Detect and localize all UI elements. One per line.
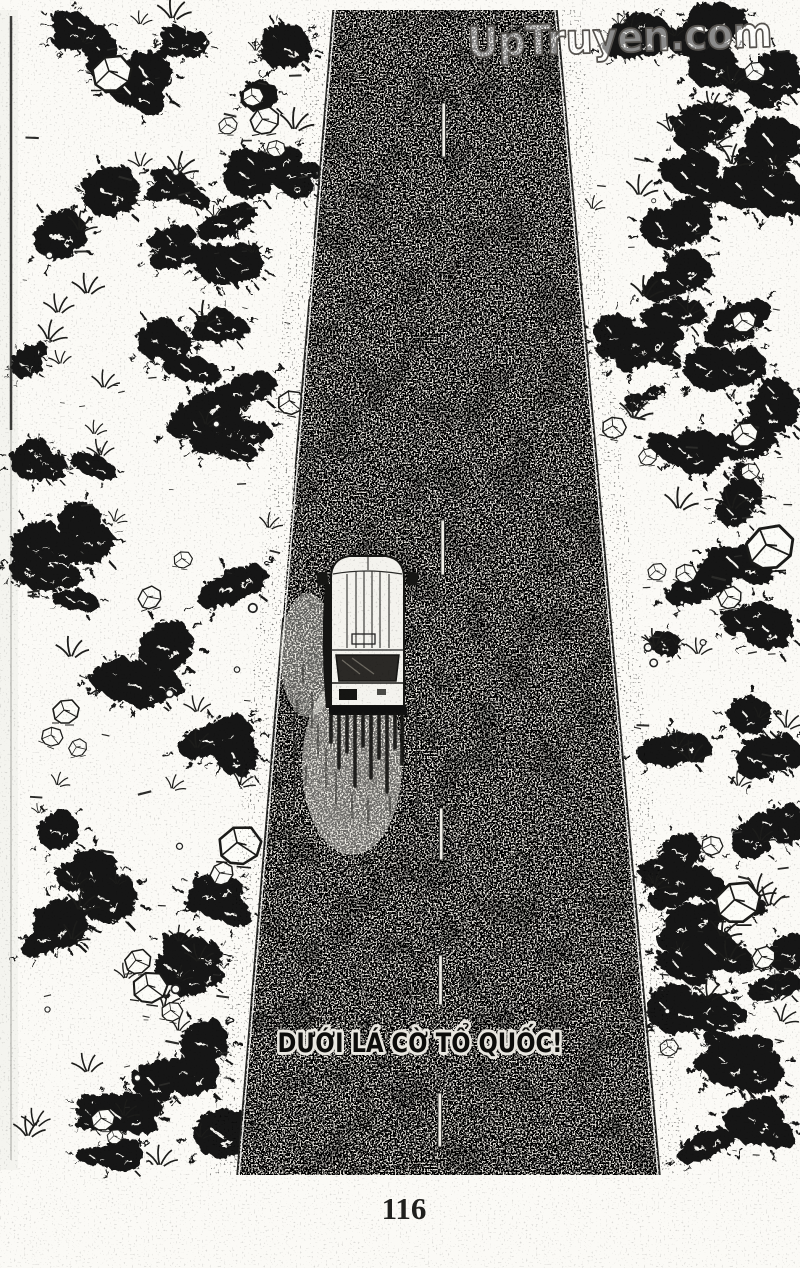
scan-grain: [0, 0, 800, 1268]
manga-page: DƯỚI LÁ CỜ TỔ QUỐC! UpTruyen.com 116: [0, 0, 800, 1268]
page-number: 116: [382, 1191, 427, 1226]
panel-artwork: DƯỚI LÁ CỜ TỔ QUỐC! UpTruyen.com 116: [0, 0, 800, 1268]
